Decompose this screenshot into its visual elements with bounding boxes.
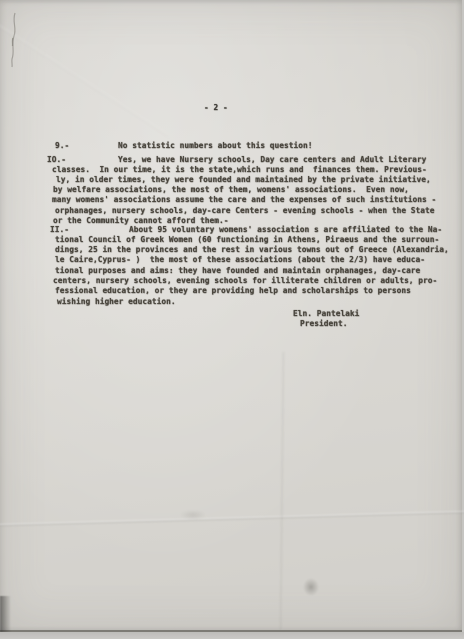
scanner-background xyxy=(0,632,464,639)
signature-block: Eln. Pantelaki President. xyxy=(0,0,462,630)
paper-sheet: - 2 - 9.- No statistic numbers about thi… xyxy=(0,0,462,632)
scanned-document: - 2 - 9.- No statistic numbers about thi… xyxy=(0,0,464,639)
signature-title: President. xyxy=(300,320,347,328)
signature-name: Eln. Pantelaki xyxy=(293,310,359,318)
